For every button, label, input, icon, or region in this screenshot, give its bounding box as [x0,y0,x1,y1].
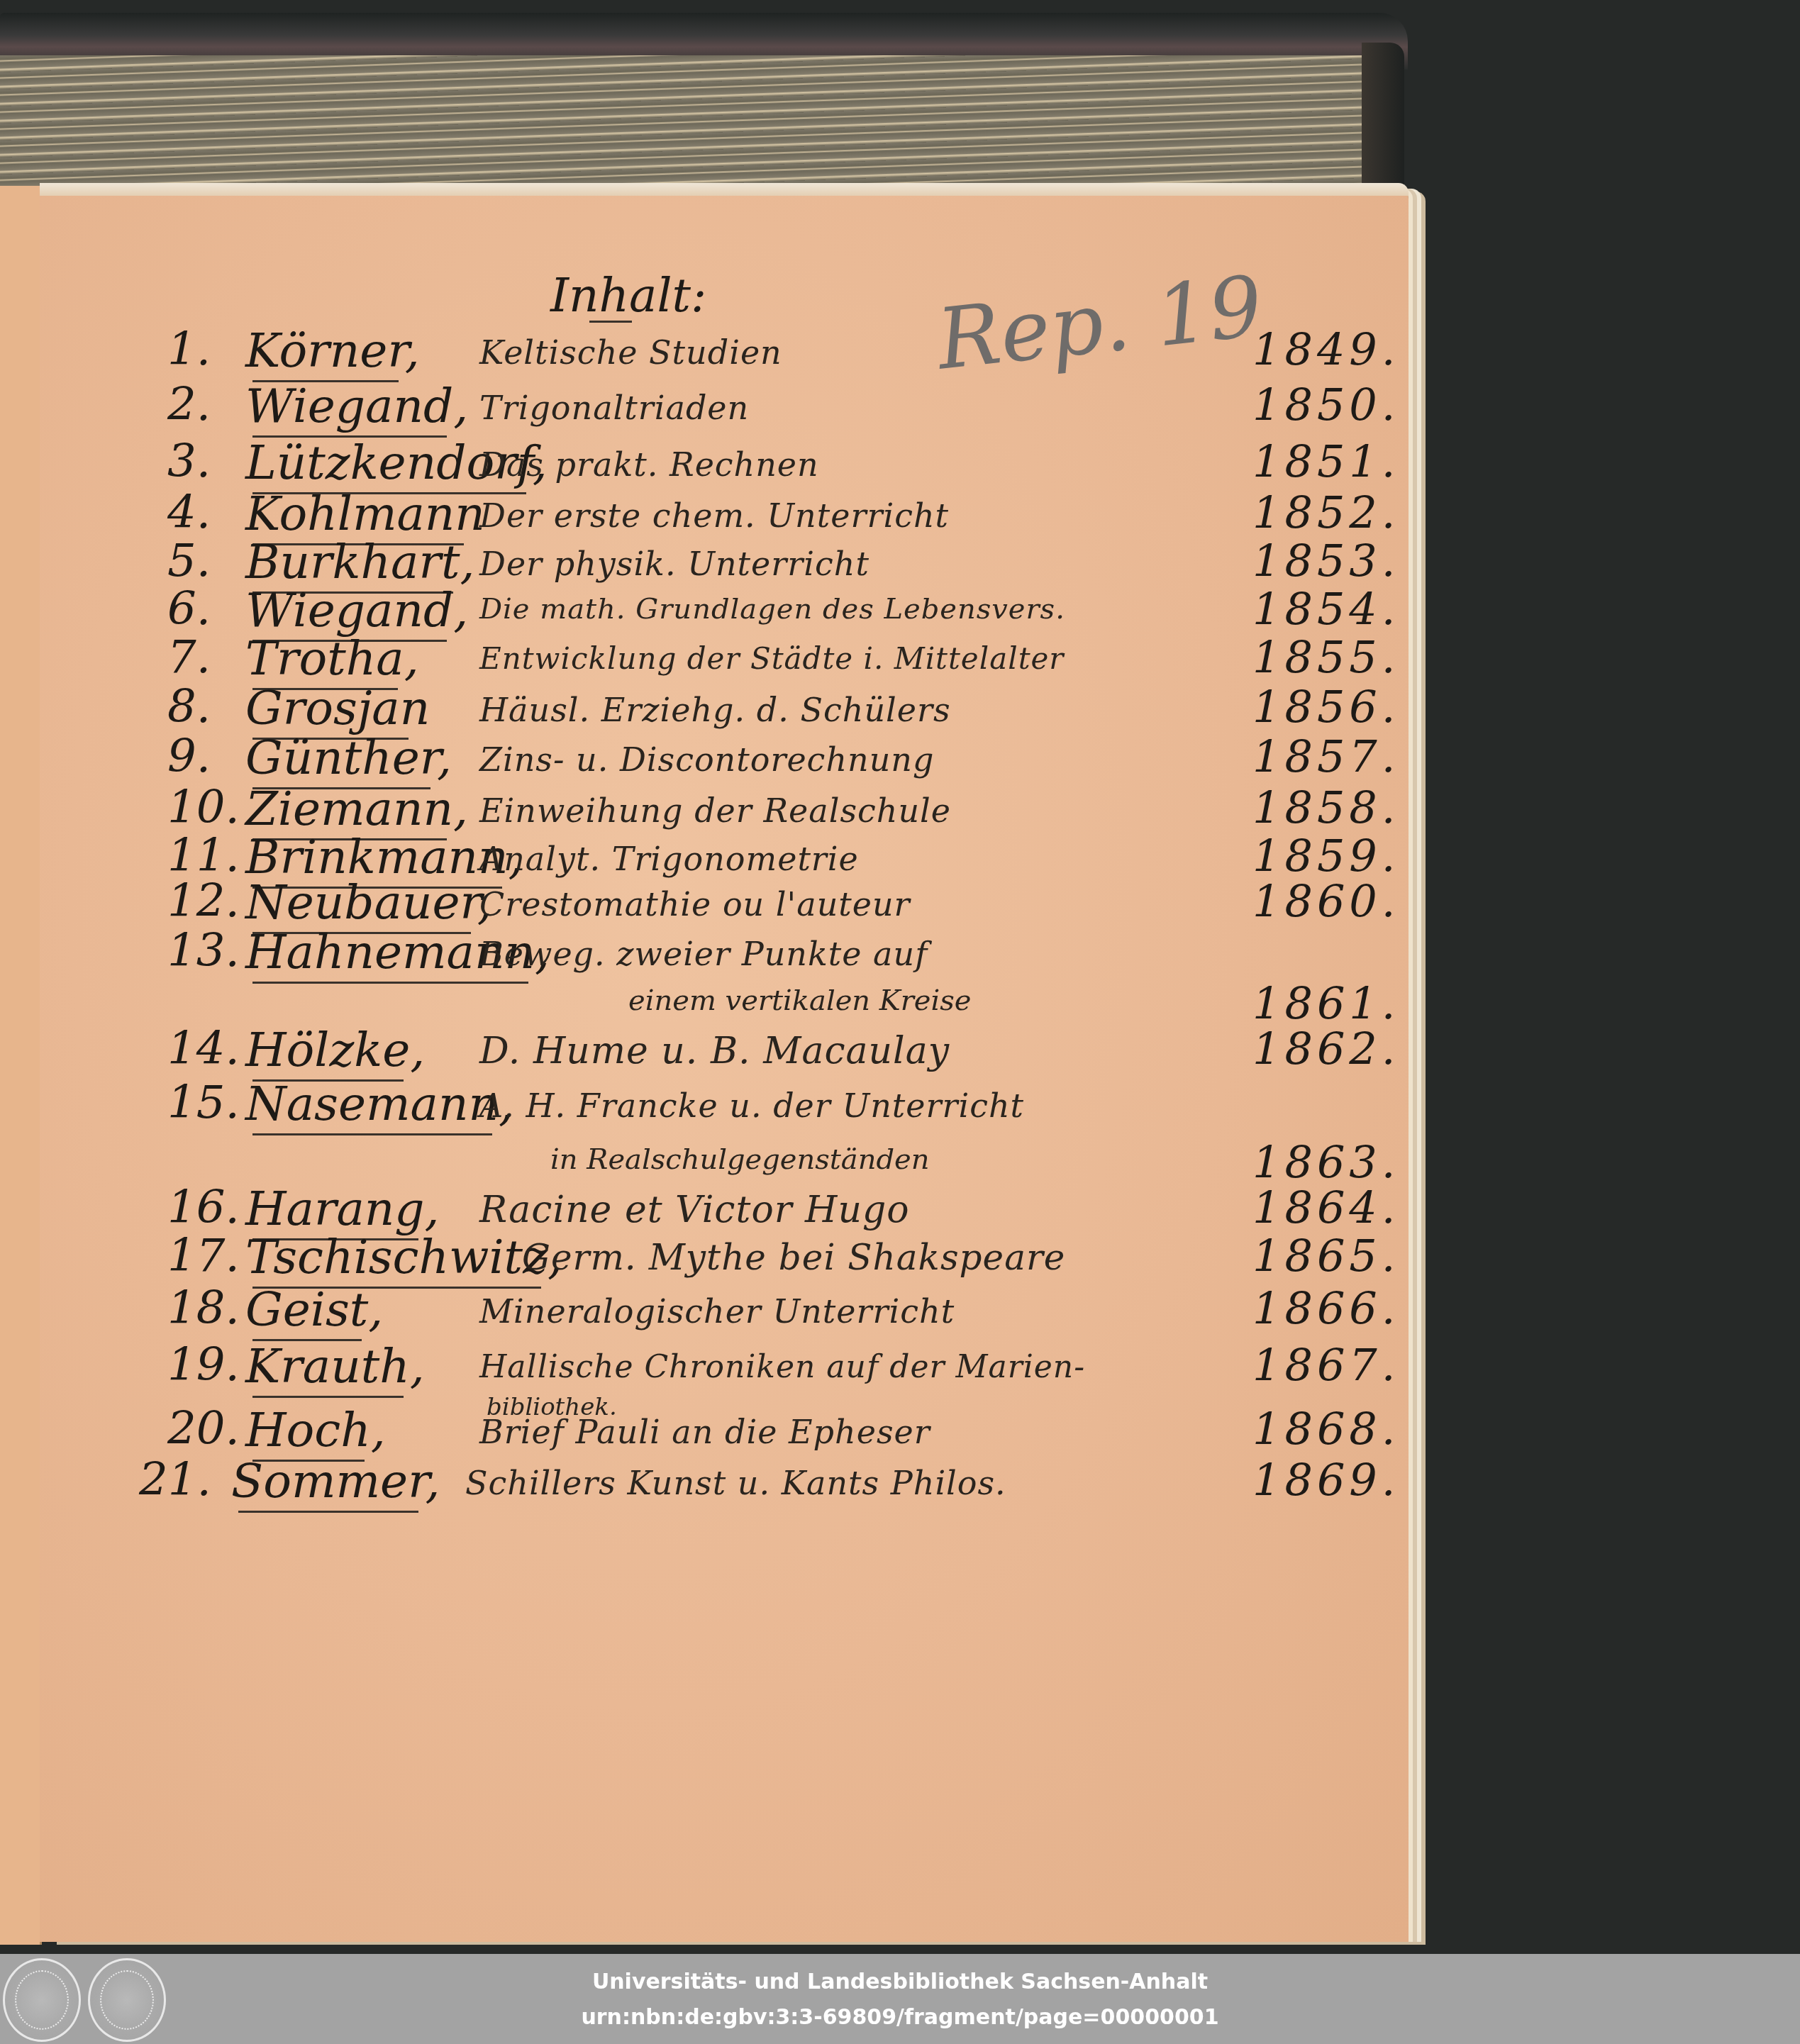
entry-number: 9. [167,731,245,783]
entry-number: 21. [139,1454,217,1506]
entry-author: Wiegand, [245,583,468,638]
entry-author: Trotha, [245,631,419,686]
heading-underline [589,321,632,323]
entry-year: 1855. [1252,631,1400,683]
entry-number: 11. [167,830,245,882]
entry-title: Beweg. zweier Punkte auf [479,935,928,973]
entry-year: 1868. [1252,1403,1400,1455]
entry-year: 1859. [1252,830,1400,882]
entry-author: Neubauer, [245,875,492,930]
entry-title: D. Hume u. B. Macaulay [479,1030,950,1072]
entry-title-continuation: einem vertikalen Kreise [628,984,972,1017]
entry-title: Racine et Victor Hugo [479,1189,910,1231]
entry-title: Hallische Chroniken auf der Marien- [479,1349,1085,1385]
entry-author: Krauth, [245,1339,425,1394]
entry-title-continuation: in Realschulgegenständen [550,1143,930,1176]
contents-entry: 15. Nasemann, A. H. Francke u. der Unter… [40,1077,1409,1190]
entry-year: 1849. [1252,323,1400,375]
library-footer-bar: Universitäts- und Landesbibliothek Sachs… [0,1954,1800,2044]
entry-title: Brief Pauli an die Epheser [479,1413,930,1451]
entry-author: Kohlmann [245,487,485,541]
entry-author: Harang, [245,1182,440,1236]
entry-author: Burkhart, [245,535,474,589]
contents-heading: Inhalt: [550,268,706,323]
entry-title: Der physik. Unterricht [479,545,870,583]
entry-year: 1852. [1252,487,1400,538]
entry-number: 2. [167,379,245,431]
contents-entry: 21. Sommer, Schillers Kunst u. Kants Phi… [40,1454,1409,1518]
entry-title: A. H. Francke u. der Unterricht [479,1087,1024,1125]
entry-title: Keltische Studien [479,333,782,372]
entry-year: 1863. [1252,1136,1400,1188]
entry-number: 16. [167,1182,245,1234]
entry-number: 20. [167,1403,245,1455]
entry-author: Grosjan [245,681,430,735]
entry-year: 1865. [1252,1230,1400,1282]
entry-author: Geist, [245,1282,383,1337]
entry-number: 5. [167,535,245,587]
contents-entry: 13. Hahnemann, Beweg. zweier Punkte auf … [40,925,1409,1038]
entry-year: 1864. [1252,1182,1400,1233]
entry-title: Das prakt. Rechnen [479,445,819,484]
urn-identifier: urn:nbn:de:gbv:3:3-69809/fragment/page=0… [0,2005,1800,2030]
entry-year: 1857. [1252,731,1400,782]
entry-year: 1858. [1252,782,1400,833]
entry-title: Crestomathie ou l'auteur [479,885,911,923]
entry-number: 17. [167,1230,245,1282]
entry-title: Germ. Mythe bei Shakspeare [522,1237,1065,1278]
entry-number: 4. [167,487,245,539]
entry-number: 13. [167,925,245,977]
entry-year: 1861. [1252,977,1400,1029]
entry-year: 1867. [1252,1339,1400,1391]
book-binding-corner [1362,43,1404,191]
entry-author: Günther, [245,731,452,785]
entry-author: Tschischwitz, [245,1230,562,1284]
entry-title: Mineralogischer Unterricht [479,1292,955,1331]
book-page-edges [0,55,1397,190]
entry-number: 15. [167,1077,245,1129]
entry-number: 6. [167,583,245,635]
entry-title: Häusl. Erziehg. d. Schülers [479,691,951,729]
scanned-book-image: Inhalt: Rep. 19 1. Körner, Keltische Stu… [0,0,1800,1954]
entry-author: Körner, [245,323,420,378]
entry-number: 12. [167,875,245,928]
entry-title: Trigonaltriaden [479,389,749,427]
entry-author: Hoch, [245,1403,386,1457]
entry-title: Entwicklung der Städte i. Mittelalter [479,641,1064,676]
entry-number: 19. [167,1339,245,1392]
contents-entry: 1. Körner, Keltische Studien 1849. [40,323,1409,387]
entry-year: 1853. [1252,535,1400,587]
entry-author: Hölzke, [245,1023,425,1077]
entry-number: 3. [167,435,245,488]
facing-page-edge [0,186,42,1945]
entry-title: Einweihung der Realschule [479,792,951,830]
entry-year: 1860. [1252,875,1400,927]
entry-author: Nasemann, [245,1077,513,1131]
entry-number: 1. [167,323,245,376]
contents-entry: 18. Geist, Mineralogischer Unterricht 18… [40,1282,1409,1346]
entry-title: Der erste chem. Unterricht [479,496,949,535]
contents-entry: 2. Wiegand, Trigonaltriaden 1850. [40,379,1409,443]
entry-author: Wiegand, [245,379,468,433]
entry-author: Ziemann, [245,782,468,836]
entry-year: 1869. [1252,1454,1400,1506]
entry-year: 1862. [1252,1023,1400,1074]
page-top-edge [40,183,1409,196]
entry-number: 18. [167,1282,245,1335]
entry-year: 1854. [1252,583,1400,635]
entry-year: 1866. [1252,1282,1400,1334]
entry-author: Sommer, [231,1454,440,1509]
entry-title: Die math. Grundlagen des Lebensvers. [479,593,1065,626]
entry-year: 1850. [1252,379,1400,431]
entry-number: 8. [167,681,245,733]
entry-year: 1856. [1252,681,1400,733]
contents-page: Inhalt: Rep. 19 1. Körner, Keltische Stu… [40,189,1409,1942]
entry-title: Schillers Kunst u. Kants Philos. [465,1464,1006,1502]
entry-number: 7. [167,631,245,684]
institution-name: Universitäts- und Landesbibliothek Sachs… [0,1970,1800,1994]
entry-title: Zins- u. Discontorechnung [479,740,934,779]
entry-year: 1851. [1252,435,1400,487]
entry-title: Analyt. Trigonometrie [479,840,859,878]
entry-number: 14. [167,1023,245,1075]
entry-number: 10. [167,782,245,834]
